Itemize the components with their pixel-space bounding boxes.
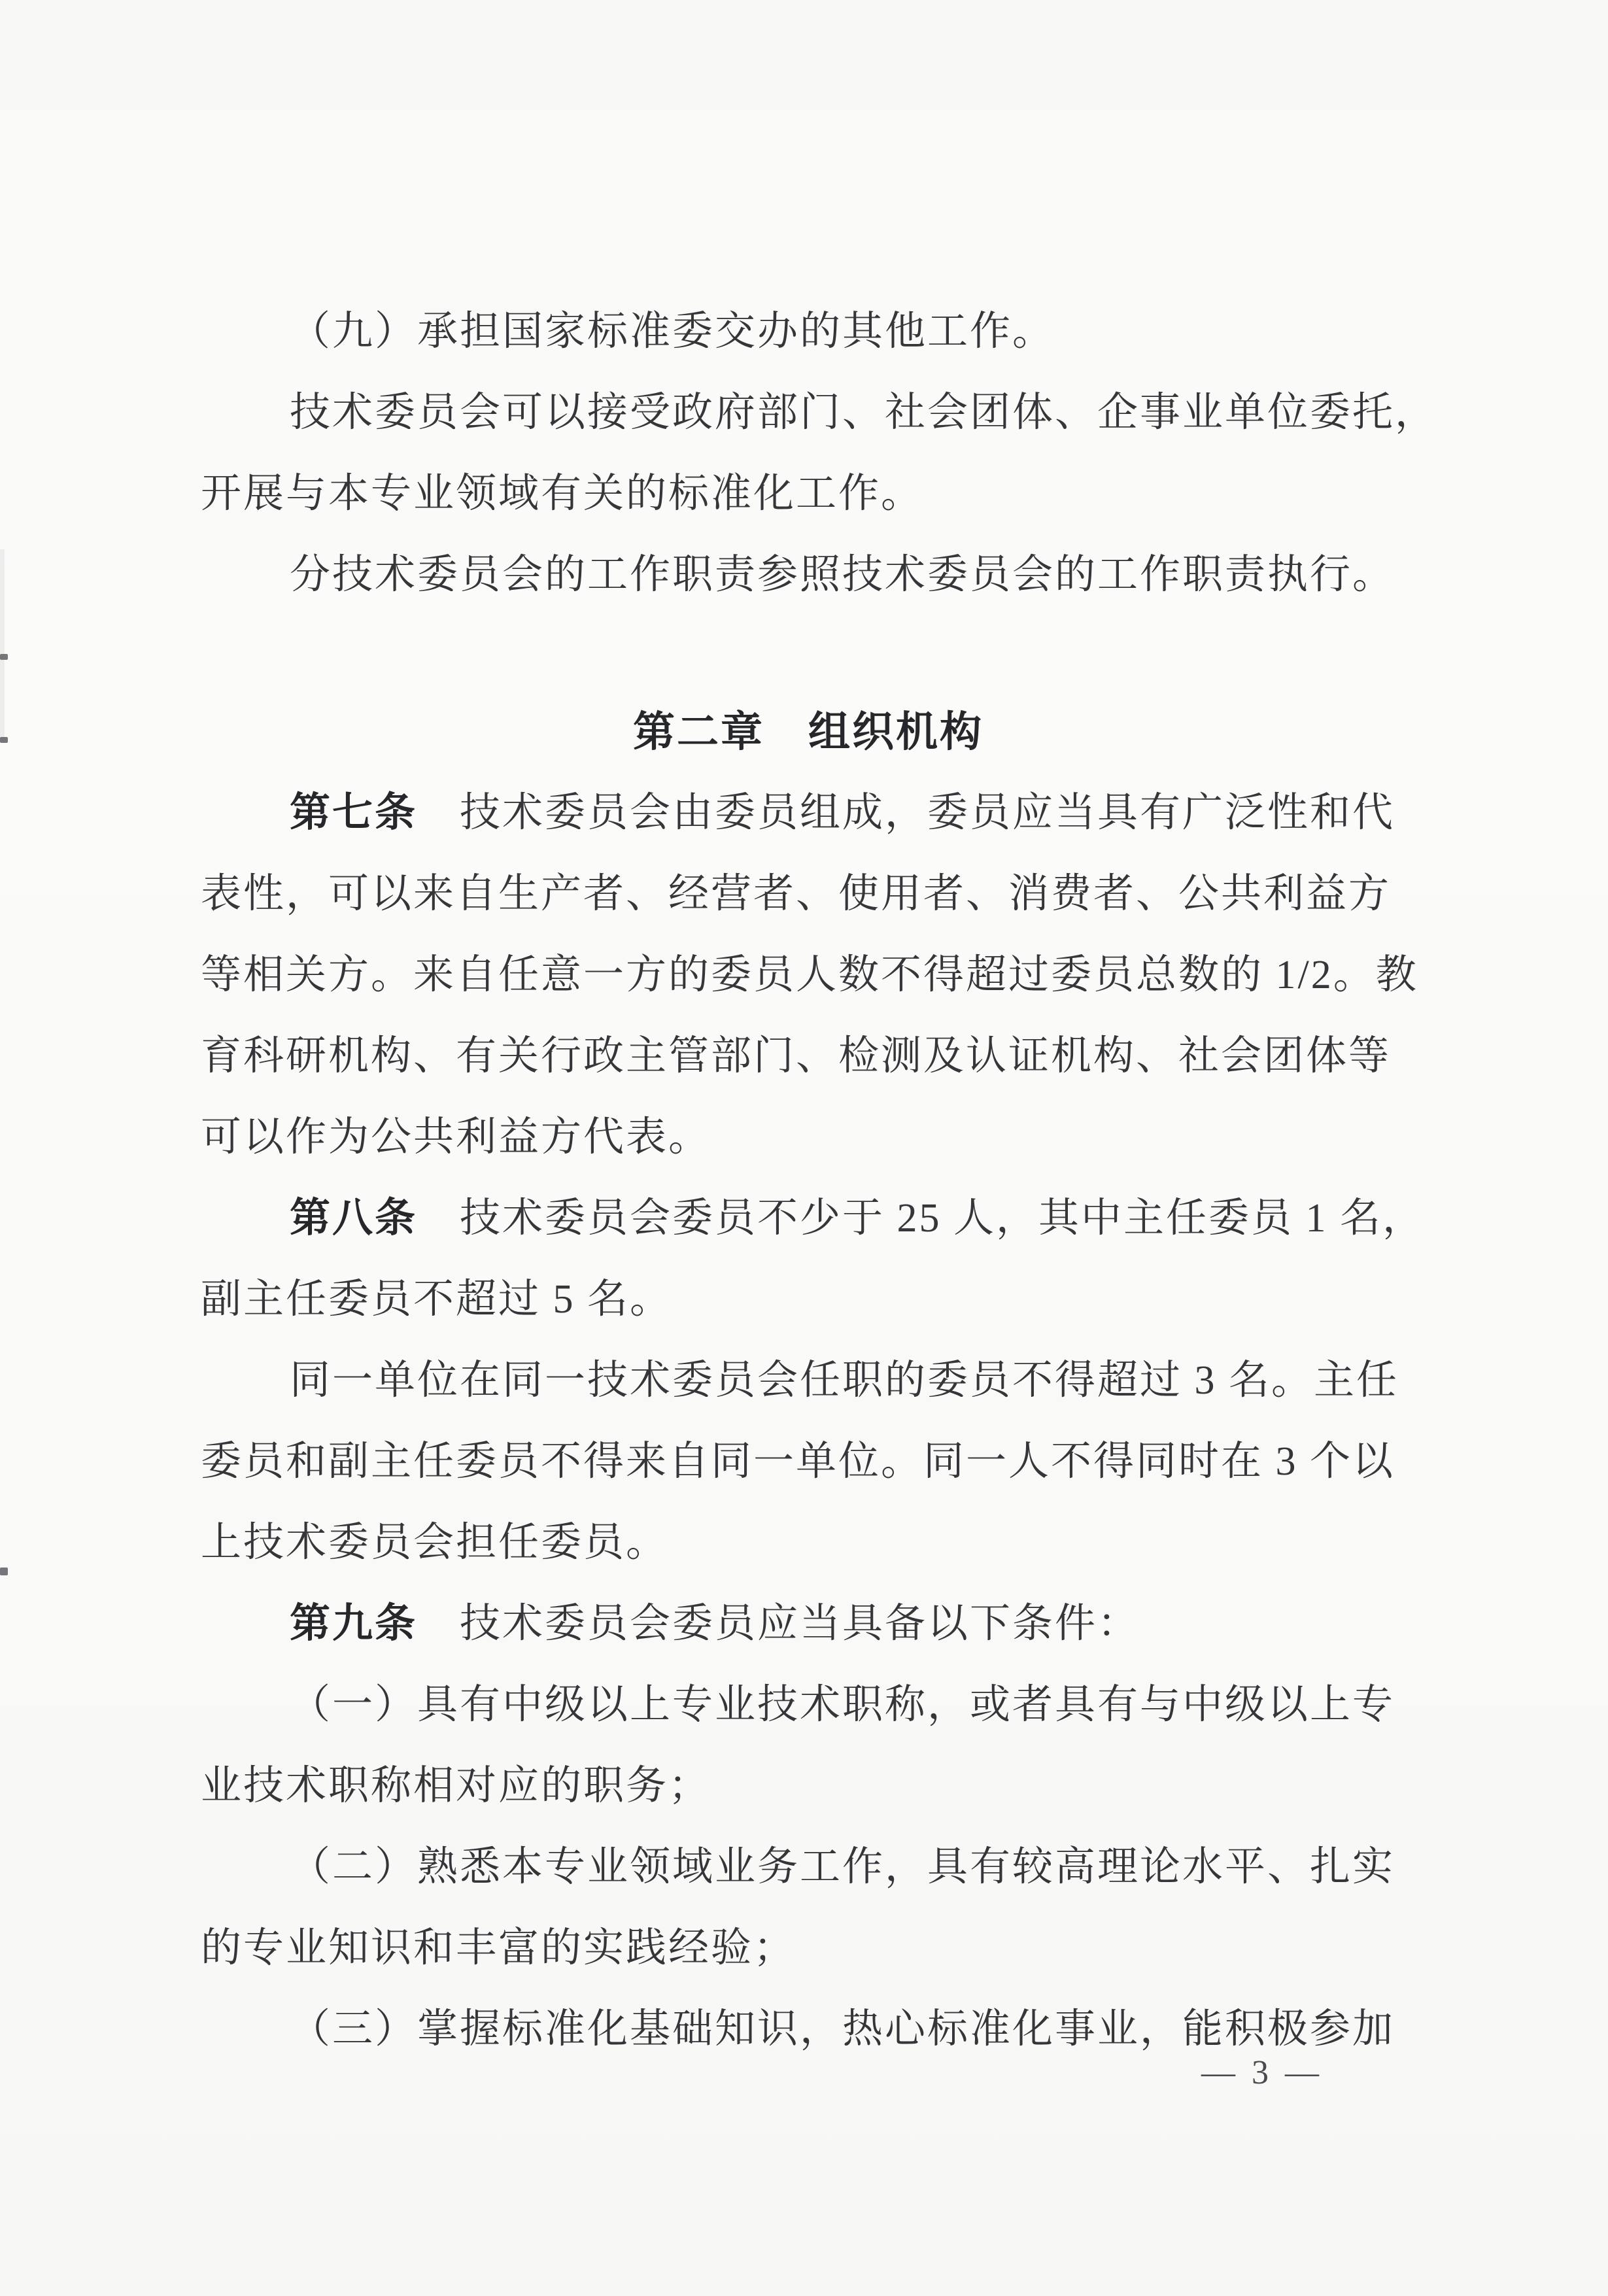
text-run: （三）掌握标准化基础知识，热心标准化事业，能积极参加 (290, 2007, 1395, 2051)
text-run: 可以作为公共利益方代表。 (201, 1115, 711, 1159)
chapter-heading: 第二章 组织机构 (201, 693, 1416, 774)
text-line: 业技术职称相对应的职务； (201, 1747, 1416, 1828)
text-run: 技术委员会委员不少于 25 人，其中主任委员 1 名， (417, 1196, 1425, 1241)
scan-edge-mark (0, 654, 8, 660)
text-run: 的专业知识和丰富的实践经验； (201, 1926, 796, 1970)
text-run: 业技术职称相对应的职务； (201, 1764, 711, 1808)
text-line: 上技术委员会担任委员。 (201, 1504, 1416, 1585)
text-line: 副主任委员不超过 5 名。 (201, 1261, 1416, 1342)
scan-edge-mark (0, 1568, 8, 1575)
text-run: 委员和副主任委员不得来自同一单位。同一人不得同时在 3 个以 (201, 1439, 1395, 1484)
text-line: 第七条 技术委员会由委员组成，委员应当具有广泛性和代 (201, 774, 1416, 855)
text-run: 同一单位在同一技术委员会任职的委员不得超过 3 名。主任 (290, 1358, 1399, 1403)
text-run: （九）承担国家标准委交办的其他工作。 (290, 309, 1055, 354)
text-run: 副主任委员不超过 5 名。 (201, 1277, 672, 1322)
text-line: 技术委员会可以接受政府部门、社会团体、企事业单位委托， (201, 374, 1416, 455)
text-line: 的专业知识和丰富的实践经验； (201, 1910, 1416, 1991)
text-run: 技术委员会可以接受政府部门、社会团体、企事业单位委托， (290, 390, 1437, 435)
text-line: 委员和副主任委员不得来自同一单位。同一人不得同时在 3 个以 (201, 1423, 1416, 1504)
text-line: （九）承担国家标准委交办的其他工作。 (201, 293, 1416, 374)
document-body: （九）承担国家标准委交办的其他工作。技术委员会可以接受政府部门、社会团体、企事业… (201, 293, 1416, 2072)
text-run: 技术委员会委员应当具备以下条件： (417, 1602, 1140, 1646)
scan-edge-streak (0, 549, 5, 739)
text-line: 可以作为公共利益方代表。 (201, 1099, 1416, 1180)
scan-edge-mark (0, 737, 8, 743)
text-line: 第九条 技术委员会委员应当具备以下条件： (201, 1585, 1416, 1666)
text-line: （二）熟悉本专业领域业务工作，具有较高理论水平、扎实 (201, 1828, 1416, 1910)
text-line: 表性，可以来自生产者、经营者、使用者、消费者、公共利益方 (201, 855, 1416, 936)
text-run: 分技术委员会的工作职责参照技术委员会的工作职责执行。 (290, 553, 1395, 597)
text-run: 等相关方。来自任意一方的委员人数不得超过委员总数的 1/2。教 (201, 953, 1418, 997)
text-line: （一）具有中级以上专业技术职称，或者具有与中级以上专 (201, 1666, 1416, 1747)
scanned-document-page: （九）承担国家标准委交办的其他工作。技术委员会可以接受政府部门、社会团体、企事业… (0, 0, 1608, 2296)
text-line: 育科研机构、有关行政主管部门、检测及认证机构、社会团体等 (201, 1018, 1416, 1099)
text-run: （一）具有中级以上专业技术职称，或者具有与中级以上专 (290, 1683, 1395, 1727)
text-run: 表性，可以来自生产者、经营者、使用者、消费者、公共利益方 (201, 872, 1391, 916)
text-run: 开展与本专业领域有关的标准化工作。 (201, 471, 923, 516)
article-number: 第二章 组织机构 (633, 708, 984, 755)
text-run: 技术委员会由委员组成，委员应当具有广泛性和代 (417, 791, 1395, 835)
text-run: 上技术委员会担任委员。 (201, 1520, 668, 1565)
text-line: 分技术委员会的工作职责参照技术委员会的工作职责执行。 (201, 536, 1416, 617)
text-line: 等相关方。来自任意一方的委员人数不得超过委员总数的 1/2。教 (201, 936, 1416, 1018)
text-line: 同一单位在同一技术委员会任职的委员不得超过 3 名。主任 (201, 1342, 1416, 1423)
text-run: （二）熟悉本专业领域业务工作，具有较高理论水平、扎实 (290, 1845, 1395, 1889)
article-number: 第八条 (290, 1195, 417, 1241)
article-number: 第九条 (290, 1601, 417, 1646)
article-number: 第七条 (290, 790, 417, 835)
text-line: 第八条 技术委员会委员不少于 25 人，其中主任委员 1 名， (201, 1180, 1416, 1261)
text-line: 开展与本专业领域有关的标准化工作。 (201, 455, 1416, 536)
page-number: — 3 — (1177, 2053, 1347, 2092)
text-run: 育科研机构、有关行政主管部门、检测及认证机构、社会团体等 (201, 1034, 1391, 1078)
